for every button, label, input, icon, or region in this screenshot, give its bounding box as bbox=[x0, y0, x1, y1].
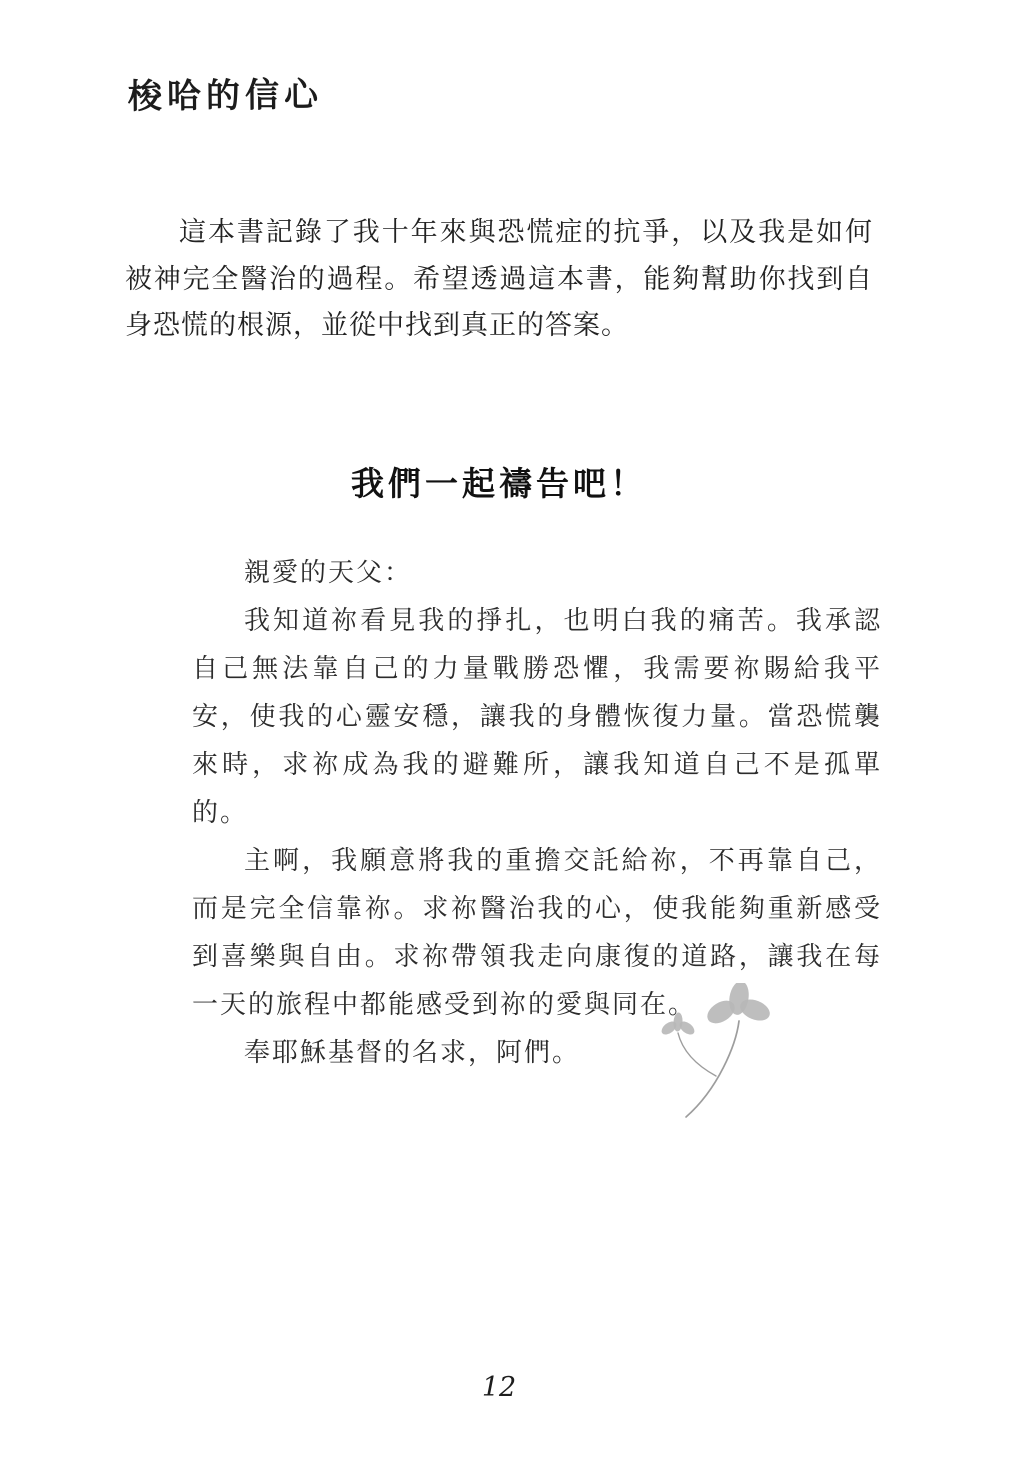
section-heading: 我們一起禱告吧！ bbox=[125, 458, 873, 505]
prayer-salutation: 親愛的天父： bbox=[192, 549, 882, 597]
prayer-paragraph: 我知道祢看見我的掙扎，也明白我的痛苦。我承認自己無法靠自己的力量戰勝恐懼，我需要… bbox=[192, 597, 882, 837]
flower-illustration bbox=[636, 983, 798, 1135]
flower-small-icon bbox=[659, 1012, 716, 1076]
flower-large-icon bbox=[686, 983, 773, 1117]
running-title: 梭哈的信心 bbox=[128, 67, 324, 118]
book-page: 梭哈的信心 這本書記錄了我十年來與恐慌症的抗爭，以及我是如何被神完全醫治的過程。… bbox=[0, 0, 1024, 1475]
page-number: 12 bbox=[125, 1372, 873, 1403]
intro-paragraph: 這本書記錄了我十年來與恐慌症的抗爭，以及我是如何被神完全醫治的過程。希望透過這本… bbox=[125, 210, 873, 350]
